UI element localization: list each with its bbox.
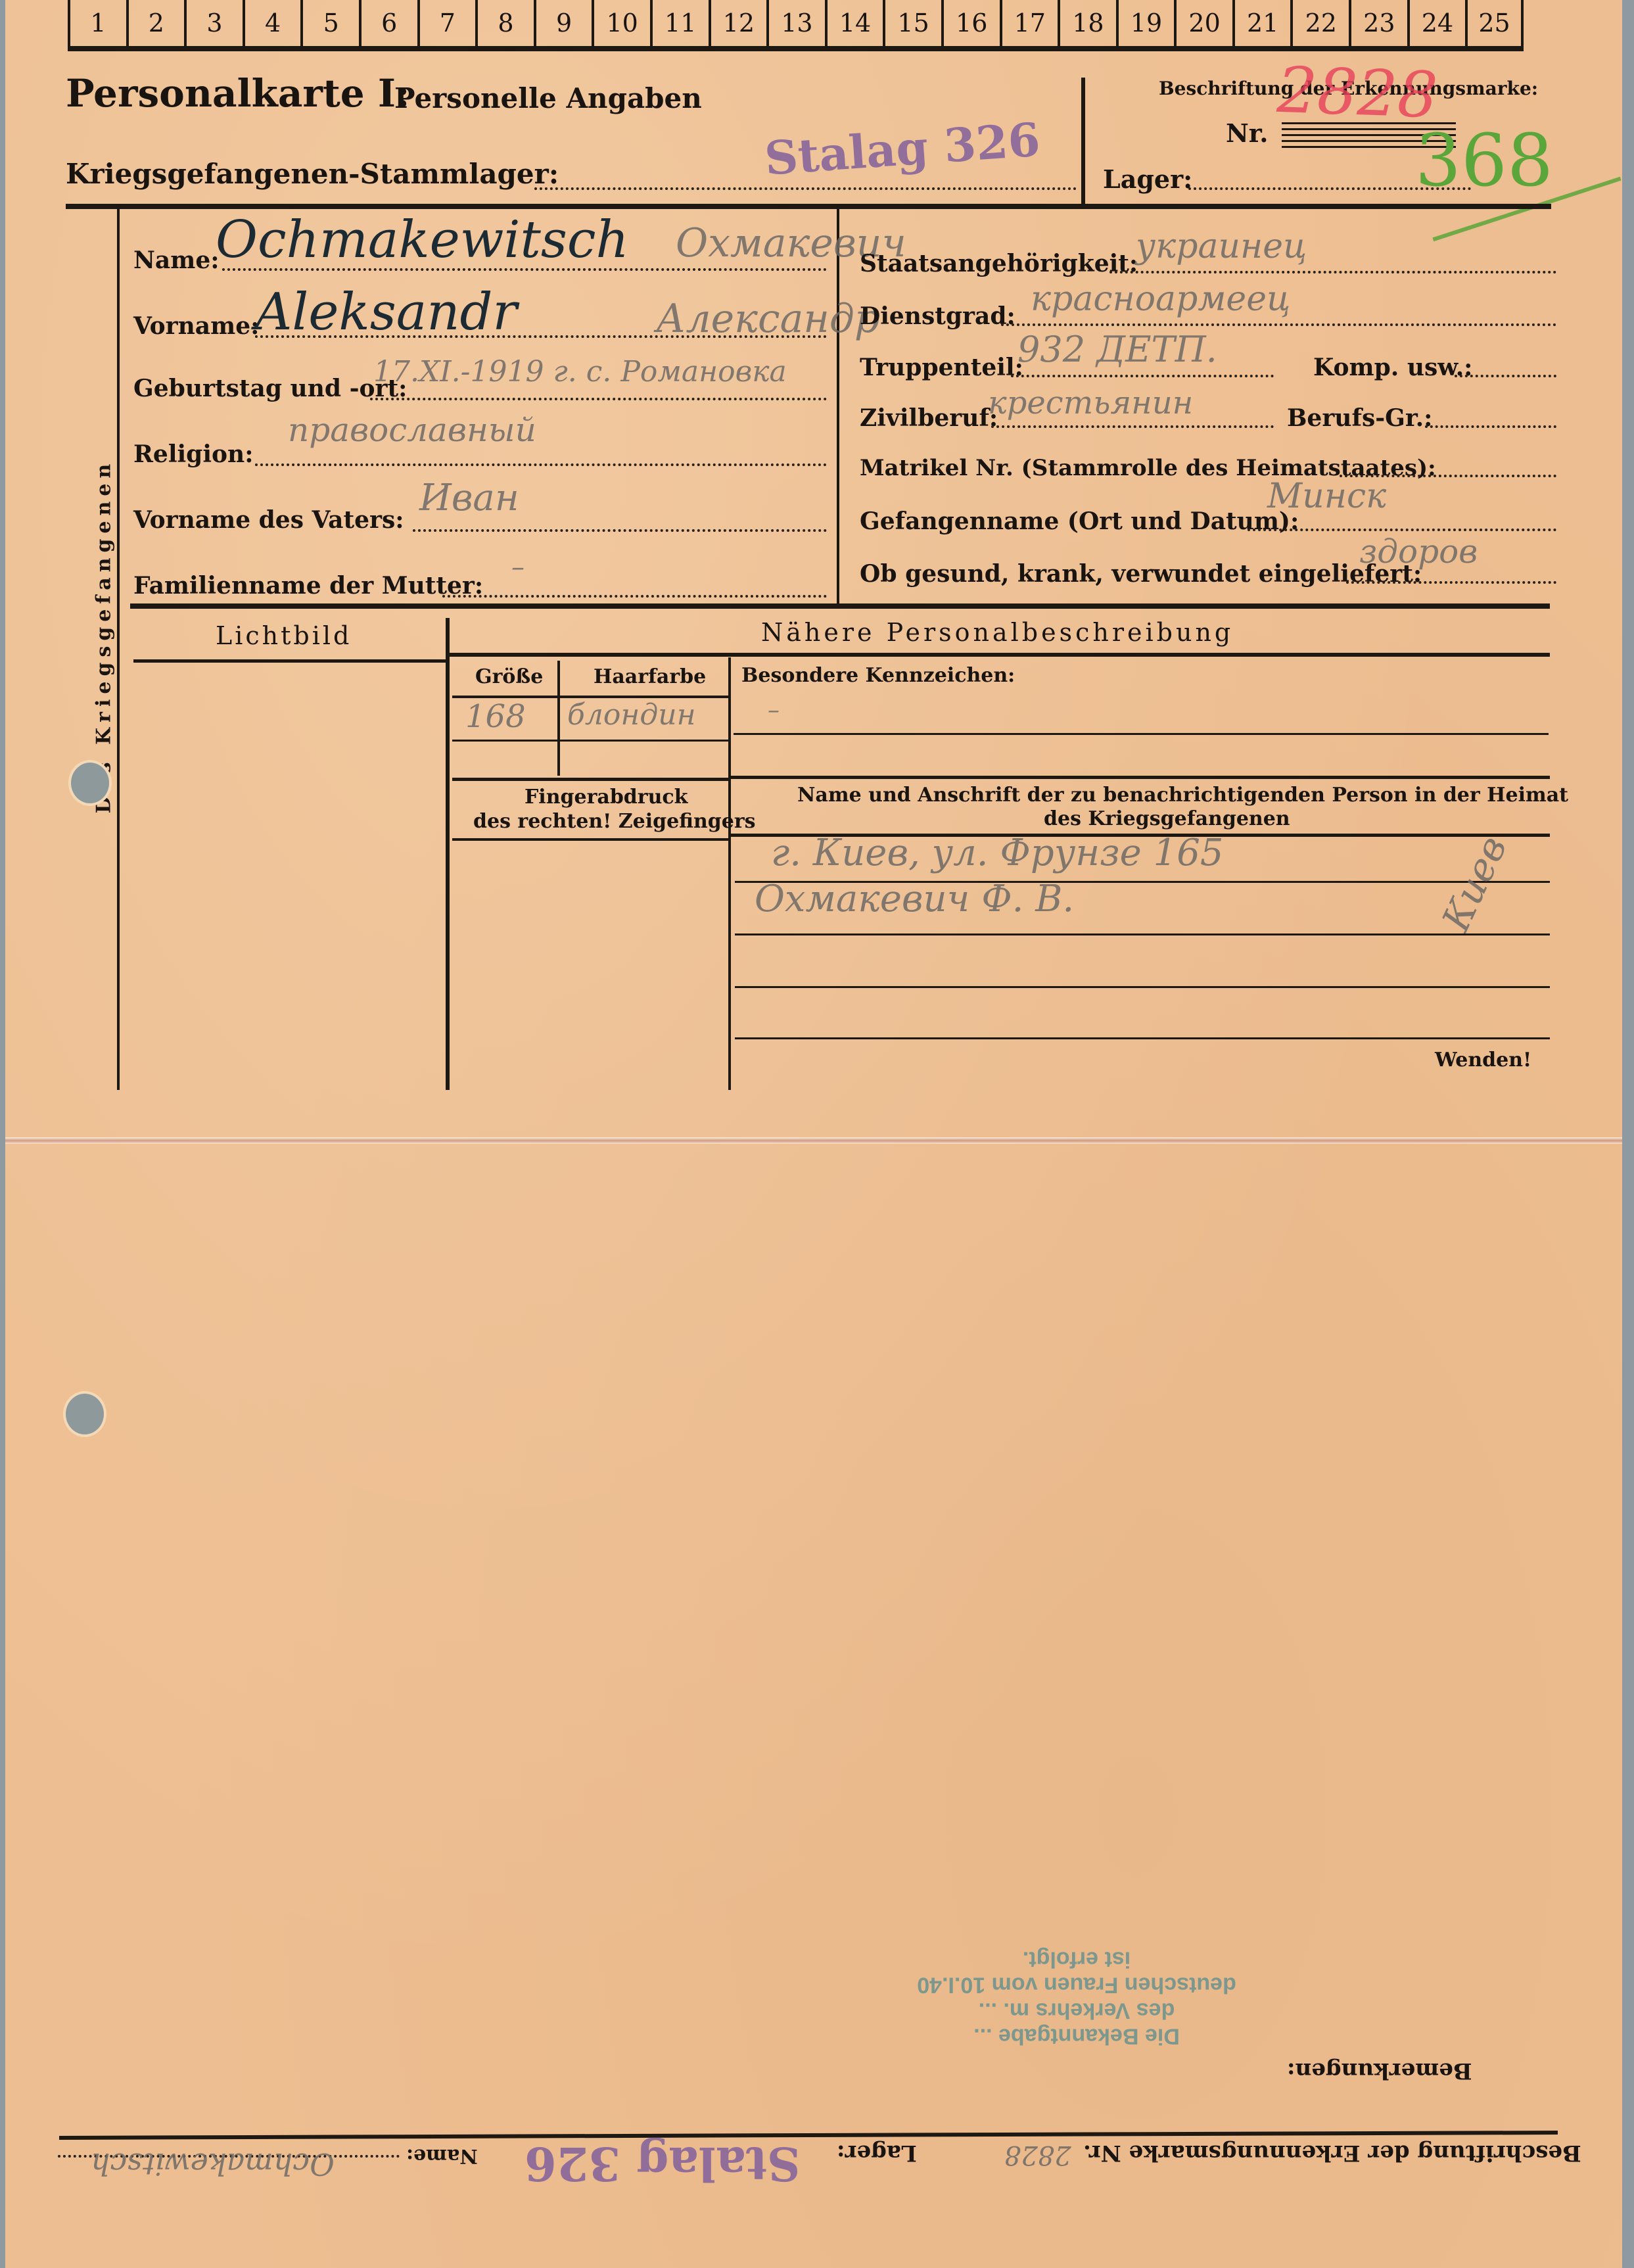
lager-green-value: 368 — [1415, 118, 1553, 202]
nr-label: Nr. — [1226, 118, 1269, 148]
zivilberuf-label: Zivilberuf: — [860, 404, 998, 432]
vorname-value-cyrillic: Александр — [656, 296, 879, 342]
berufsgr-line — [1425, 425, 1556, 428]
number-cell: 10 — [592, 0, 650, 46]
footer-name-label: Name: — [406, 2144, 478, 2167]
number-cell: 20 — [1174, 0, 1232, 46]
staat-line — [1109, 271, 1556, 273]
number-cell: 16 — [941, 0, 1000, 46]
haarfarbe-label: Haarfarbe — [594, 665, 706, 688]
dienstgrad-label: Dienstgrad: — [860, 302, 1015, 330]
name-value: Ochmakewitsch — [216, 210, 629, 270]
geburt-label: Geburtstag und -ort: — [133, 375, 407, 402]
paper-fold — [5, 1137, 1622, 1144]
footer-name-value: Ochmakewitsch — [91, 2146, 335, 2182]
religion-value: православный — [288, 411, 536, 449]
name-label: Name: — [133, 247, 220, 274]
number-cell: 1 — [68, 0, 126, 46]
number-cell: 25 — [1465, 0, 1524, 46]
dienstgrad-line — [1001, 323, 1556, 326]
lichtbild-divider — [446, 618, 450, 1090]
section-rule — [130, 603, 1550, 609]
mutter-value: – — [511, 552, 525, 582]
groesse-value: 168 — [465, 698, 526, 735]
finger-sublabel: des rechten! Zeigefingers — [473, 810, 756, 833]
frame-left-rule — [117, 209, 120, 1090]
kennzeichen-rule — [734, 733, 1549, 735]
geburt-line — [370, 398, 827, 400]
nr-red-value: 2828 — [1276, 53, 1439, 132]
number-strip: 1 2 3 4 5 6 7 8 9 10 11 12 13 14 15 16 1… — [68, 0, 1524, 51]
header-divider — [1081, 78, 1085, 206]
zivilberuf-value: крестьянин — [988, 385, 1193, 421]
geburt-value: 17.XI.-1919 г. с. Романовка — [373, 355, 787, 389]
number-cell: 6 — [359, 0, 417, 46]
number-cell: 3 — [184, 0, 243, 46]
staat-value: украинец — [1136, 227, 1307, 266]
groesse-value-rule — [452, 740, 728, 742]
wenden-label: Wenden! — [1435, 1049, 1531, 1072]
bemerkungen-label: Bemerkungen: — [1287, 2058, 1472, 2084]
contact-rule-4 — [735, 1037, 1550, 1039]
kennzeichen-label: Besondere Kennzeichen: — [741, 664, 1015, 687]
gefangennahme-line — [1248, 529, 1556, 531]
gesund-value: здоров — [1359, 532, 1478, 571]
gesund-line — [1346, 581, 1556, 584]
contact-heading: Name und Anschrift der zu benachrichtige… — [797, 784, 1568, 807]
side-label: Des Kriegsgefangenen — [92, 459, 115, 814]
footer-nr-value: 2828 — [1004, 2140, 1071, 2170]
column-divider — [837, 209, 839, 603]
lichtbild-rule — [133, 659, 446, 663]
number-cell: 18 — [1058, 0, 1116, 46]
number-cell: 14 — [825, 0, 883, 46]
finger-bottom-rule — [452, 838, 728, 841]
vorname-label: Vorname: — [133, 312, 259, 340]
zivilberuf-line — [991, 425, 1274, 428]
contact-subheading: des Kriegsgefangenen — [1044, 807, 1290, 830]
number-cell: 11 — [650, 0, 709, 46]
gefangennahme-value: Минск — [1267, 477, 1386, 516]
footer-lager-label: Lager: — [837, 2140, 917, 2166]
contact-address: г. Киев, ул. Фрунзе 165 — [771, 832, 1223, 874]
vater-line — [413, 529, 827, 532]
komp-line — [1455, 375, 1556, 377]
frame-top-rule — [66, 204, 1551, 209]
haarfarbe-value: блондин — [567, 698, 696, 732]
punch-hole — [71, 763, 109, 803]
personalkarte-document: 1 2 3 4 5 6 7 8 9 10 11 12 13 14 15 16 1… — [5, 0, 1622, 2268]
footer-stalag-stamp: Stalag 326 — [525, 2137, 801, 2191]
berufsgr-label: Berufs-Gr.: — [1287, 404, 1432, 432]
teal-stamp-line: deutschen Frauen vom 10.I.40 — [873, 1972, 1280, 1997]
footer-marke-label: Beschriftung der Erkennungsmarke Nr. — [1083, 2140, 1581, 2166]
section-title-rule — [450, 653, 1550, 657]
gefangennahme-label: Gefangenname (Ort und Datum): — [860, 508, 1299, 535]
number-cell: 7 — [417, 0, 476, 46]
stalag-stamp: Stalag 326 — [763, 112, 1042, 185]
kennzeichen-value: – — [768, 697, 780, 724]
card-subtitle: Personelle Angaben — [394, 82, 702, 114]
number-cell: 24 — [1407, 0, 1466, 46]
komp-label: Komp. usw.: — [1313, 354, 1472, 381]
vater-label: Vorname des Vaters: — [133, 506, 404, 534]
groesse-divider — [557, 661, 560, 776]
number-cell: 21 — [1232, 0, 1291, 46]
number-cell: 22 — [1290, 0, 1349, 46]
finger-label: Fingerabdruck — [525, 786, 688, 809]
lichtbild-label: Lichtbild — [216, 621, 352, 650]
number-cell: 19 — [1116, 0, 1175, 46]
religion-line — [255, 463, 827, 466]
religion-label: Religion: — [133, 440, 254, 468]
contact-rule-2 — [735, 933, 1550, 935]
vorname-value: Aleksandr — [255, 283, 517, 342]
mutter-line — [442, 595, 827, 598]
teal-stamp-line: Die Bekanntgabe ... — [873, 2023, 1280, 2048]
groesse-label: Größe — [475, 665, 543, 688]
finger-top-rule — [452, 778, 728, 781]
truppenteil-label: Truppenteil: — [860, 354, 1023, 381]
dienstgrad-value: красноармеец — [1031, 279, 1290, 319]
number-cell: 8 — [475, 0, 534, 46]
number-cell: 5 — [300, 0, 359, 46]
number-cell: 2 — [126, 0, 185, 46]
card-title: Personalkarte I: — [66, 71, 409, 116]
number-cell: 17 — [1000, 0, 1058, 46]
gesund-label: Ob gesund, krank, verwundet eingeliefert… — [860, 560, 1422, 588]
stammlager-label: Kriegsgefangenen-Stammlager: — [66, 158, 559, 190]
teal-stamp-line: des Verkehrs m. ... — [873, 1997, 1280, 2023]
number-cell: 23 — [1349, 0, 1407, 46]
inner-divider — [728, 657, 731, 1090]
punch-hole — [66, 1394, 104, 1434]
staat-label: Staatsangehörigkeit: — [860, 250, 1138, 277]
contact-top-rule — [731, 776, 1550, 779]
number-cell: 13 — [766, 0, 825, 46]
mutter-label: Familienname der Mutter: — [133, 572, 483, 600]
truppenteil-value: 932 ДЕТП. — [1017, 329, 1217, 370]
number-cell: 12 — [709, 0, 767, 46]
teal-stamp: Die Bekanntgabe ... des Verkehrs m. ... … — [873, 1946, 1280, 2048]
footer-rule — [59, 2131, 1558, 2140]
vater-value: Иван — [419, 477, 519, 519]
section-title: Nähere Personalbeschreibung — [761, 618, 1234, 647]
teal-stamp-line: ist erfolgt. — [873, 1946, 1280, 1972]
number-cell: 9 — [534, 0, 592, 46]
lager-label: Lager: — [1103, 164, 1192, 194]
contact-signature: Киев — [1434, 830, 1516, 938]
number-cell: 4 — [243, 0, 301, 46]
contact-rule-3 — [735, 986, 1550, 988]
number-cell: 15 — [883, 0, 941, 46]
truppenteil-line — [1011, 375, 1274, 377]
contact-name: Охмакевич Ф. В. — [755, 878, 1074, 920]
stammlager-dotted-line — [534, 187, 1077, 190]
